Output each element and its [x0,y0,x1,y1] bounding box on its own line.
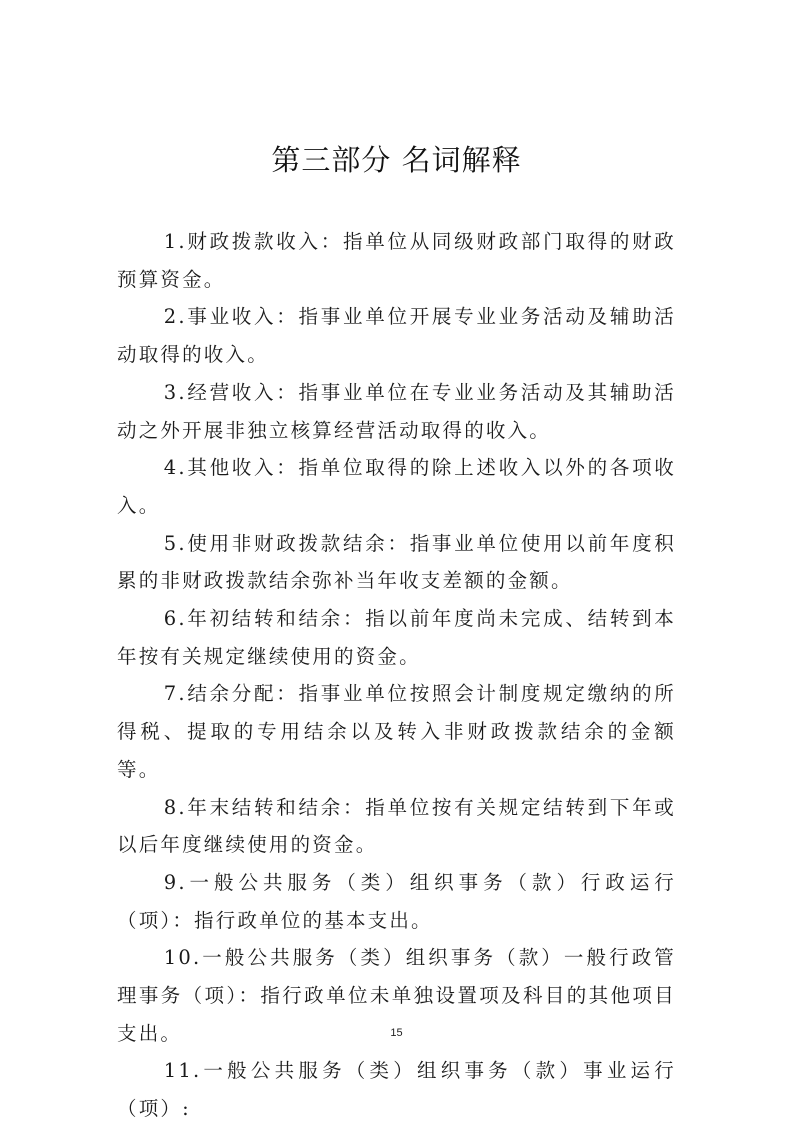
definition-paragraph-5: 5.使用非财政拨款结余：指事业单位使用以前年度积累的非财政拨款结余弥补当年收支差… [117,525,676,600]
page-number: 15 [0,1027,793,1039]
definition-paragraph-8: 8.年末结转和结余：指单位按有关规定结转到下年或以后年度继续使用的资金。 [117,789,676,864]
definition-paragraph-2: 2.事业收入：指事业单位开展专业业务活动及辅助活动取得的收入。 [117,298,676,373]
definition-paragraph-11: 11.一般公共服务（类）组织事务（款）事业运行（项）: [117,1052,676,1122]
definition-paragraph-1: 1.财政拨款收入：指单位从同级财政部门取得的财政预算资金。 [117,223,676,298]
definition-paragraph-3: 3.经营收入：指事业单位在专业业务活动及其辅助活动之外开展非独立核算经营活动取得… [117,374,676,449]
section-title: 第三部分 名词解释 [0,138,793,179]
definition-paragraph-9: 9.一般公共服务（类）组织事务（款）行政运行（项）：指行政单位的基本支出。 [117,864,676,939]
definitions-body: 1.财政拨款收入：指单位从同级财政部门取得的财政预算资金。 2.事业收入：指事业… [117,223,676,1122]
document-page: 第三部分 名词解释 1.财政拨款收入：指单位从同级财政部门取得的财政预算资金。 … [0,0,793,1122]
definition-paragraph-7: 7.结余分配：指事业单位按照会计制度规定缴纳的所得税、提取的专用结余以及转入非财… [117,675,676,788]
definition-paragraph-4: 4.其他收入：指单位取得的除上述收入以外的各项收入。 [117,449,676,524]
definition-paragraph-6: 6.年初结转和结余：指以前年度尚未完成、结转到本年按有关规定继续使用的资金。 [117,600,676,675]
